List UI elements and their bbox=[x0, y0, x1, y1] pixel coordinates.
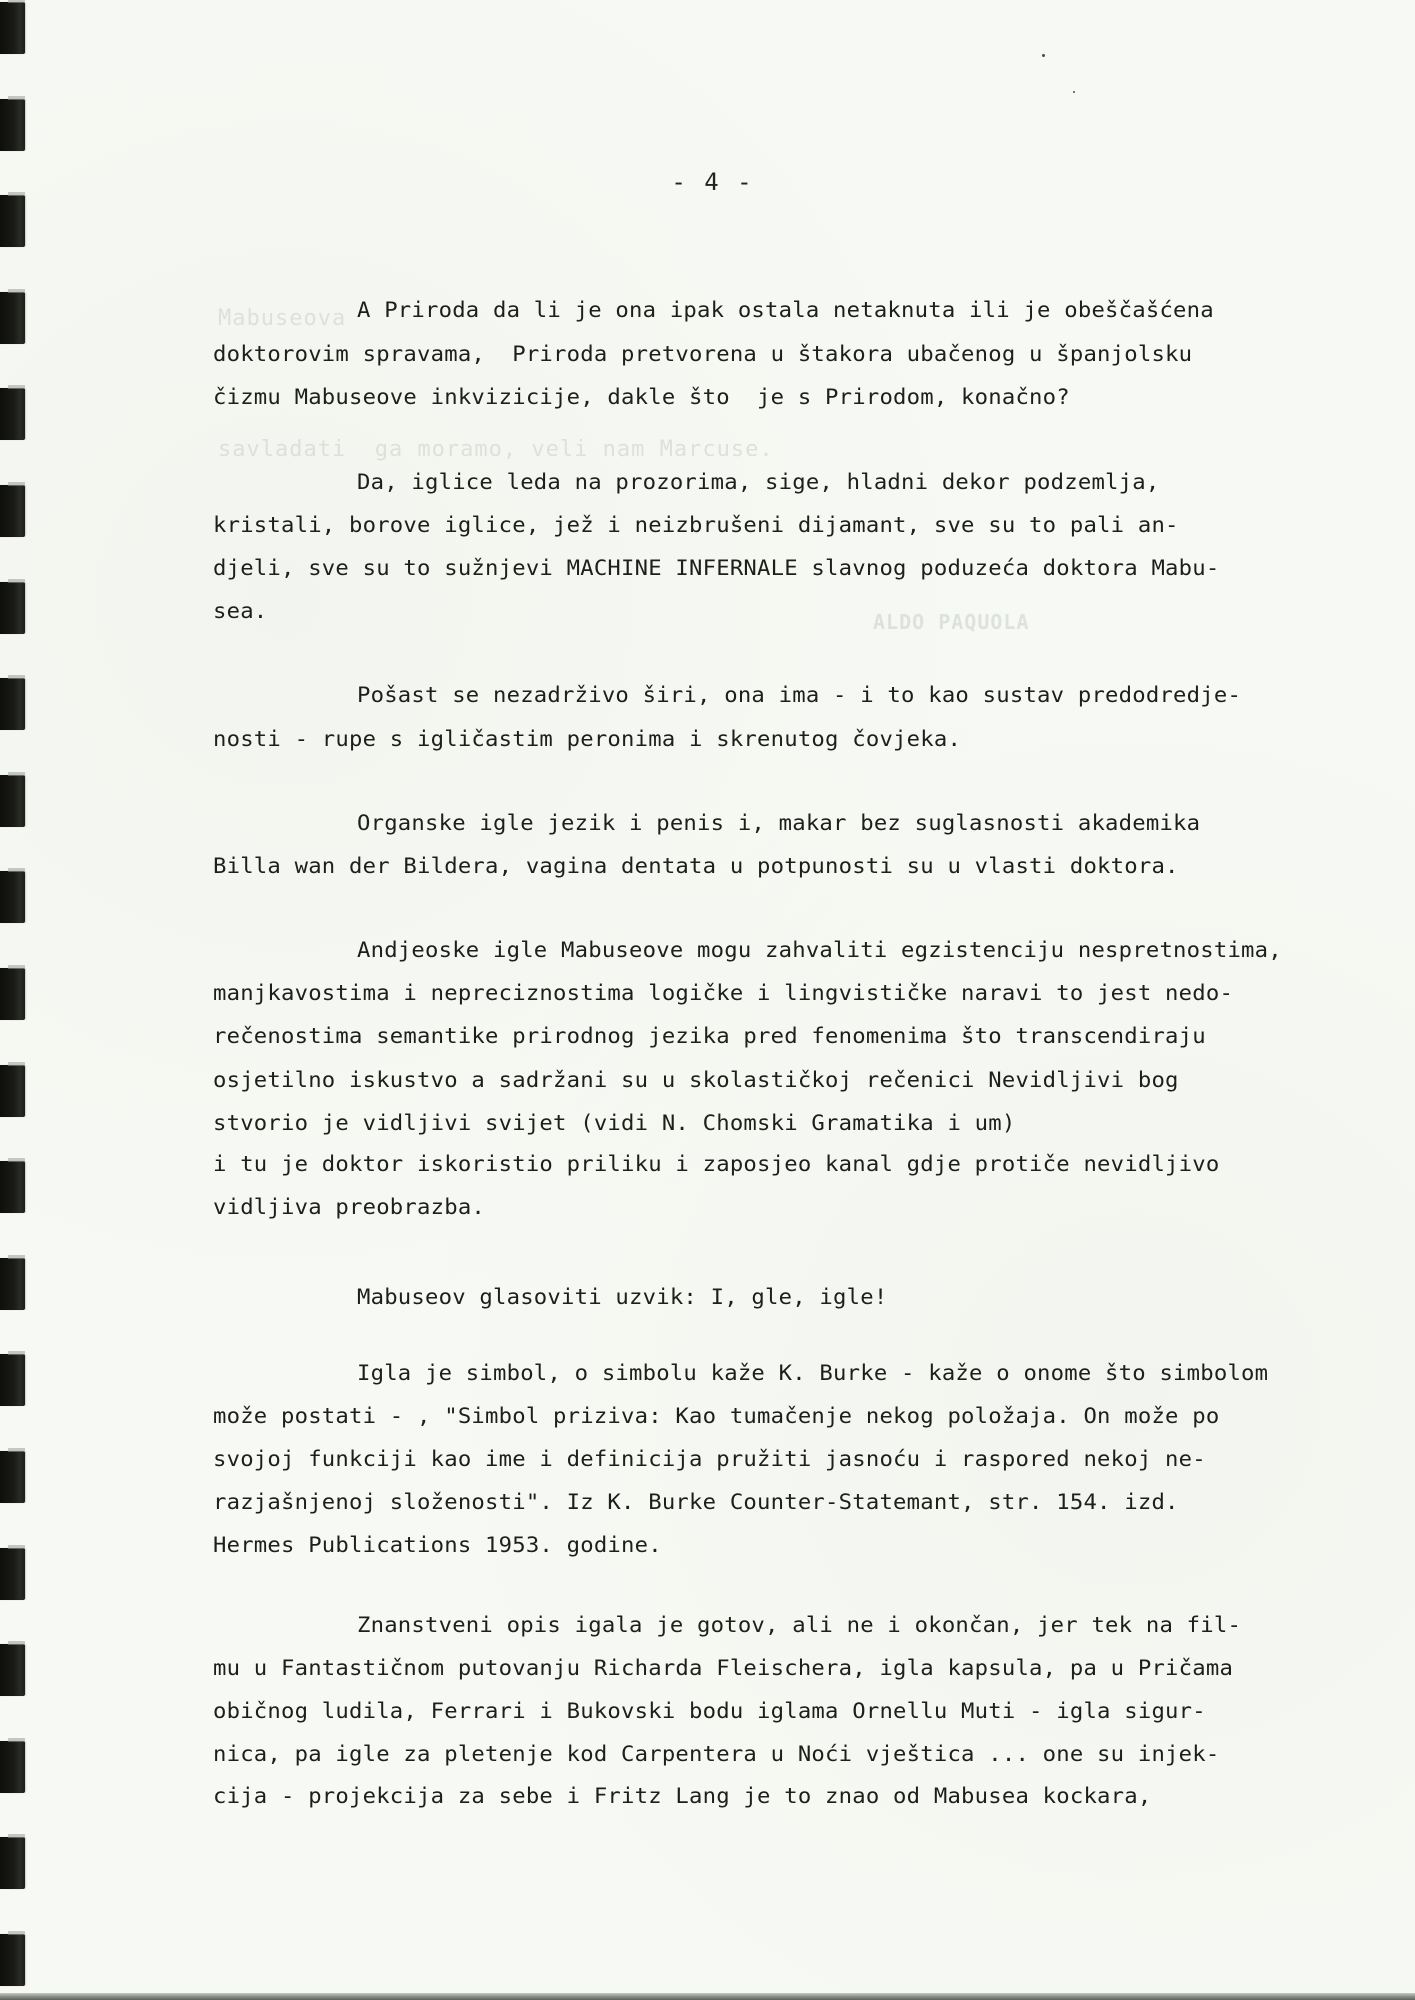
binding-ring bbox=[0, 968, 25, 1020]
text-line: Andjeoske igle Mabuseove mogu zahvaliti … bbox=[357, 940, 1282, 961]
binding-ring bbox=[0, 1934, 25, 1986]
text-line: kristali, borove iglice, jež i neizbruše… bbox=[213, 515, 1179, 536]
binding-ring bbox=[0, 1065, 25, 1117]
text-line: razjašnjenoj složenosti". Iz K. Burke Co… bbox=[213, 1492, 1179, 1513]
text-line: cija - projekcija za sebe i Fritz Lang j… bbox=[213, 1786, 1151, 1807]
text-line: djeli, sve su to sužnjevi MACHINE INFERN… bbox=[213, 558, 1219, 579]
bleed-through-text: ALDO PAQUOLA bbox=[873, 610, 1030, 634]
text-line: A Priroda da li je ona ipak ostala netak… bbox=[357, 300, 1214, 321]
text-line: manjkavostima i nepreciznostima logičke … bbox=[213, 983, 1233, 1004]
text-line: Billa wan der Bildera, vagina dentata u … bbox=[213, 856, 1179, 877]
text-line: nica, pa igle za pletenje kod Carpentera… bbox=[213, 1744, 1219, 1765]
text-line: može postati - , "Simbol priziva: Kao tu… bbox=[213, 1406, 1219, 1427]
dust-speck bbox=[1042, 54, 1045, 57]
text-line: nosti - rupe s igličastim peronima i skr… bbox=[213, 729, 961, 750]
text-line: Igla je simbol, o simbolu kaže K. Burke … bbox=[357, 1363, 1268, 1384]
binding-ring bbox=[0, 1741, 25, 1793]
text-line: čizmu Mabuseove inkvizicije, dakle što j… bbox=[213, 387, 1070, 408]
binding-ring bbox=[0, 1161, 25, 1213]
binding-ring bbox=[0, 775, 25, 827]
text-line: Mabuseov glasoviti uzvik: I, gle, igle! bbox=[357, 1287, 887, 1308]
text-line: osjetilno iskustvo a sadržani su u skola… bbox=[213, 1070, 1179, 1091]
dust-speck bbox=[1073, 91, 1075, 93]
text-line: mu u Fantastičnom putovanju Richarda Fle… bbox=[213, 1658, 1233, 1679]
text-line: Da, iglice leda na prozorima, sige, hlad… bbox=[357, 472, 1159, 493]
document-page: - 4 - Mabuseova savladati ga moramo, vel… bbox=[0, 0, 1415, 2000]
binding-ring bbox=[0, 292, 25, 344]
binding-ring bbox=[0, 1837, 25, 1889]
text-line: rečenostima semantike prirodnog jezika p… bbox=[213, 1026, 1206, 1047]
binding-ring bbox=[0, 1258, 25, 1310]
binding-ring bbox=[0, 582, 25, 634]
text-line: običnog ludila, Ferrari i Bukovski bodu … bbox=[213, 1701, 1206, 1722]
text-line: i tu je doktor iskoristio priliku i zapo… bbox=[213, 1154, 1219, 1175]
bleed-through-text: savladati ga moramo, veli nam Marcuse. bbox=[218, 437, 774, 462]
text-line: stvorio je vidljivi svijet (vidi N. Chom… bbox=[213, 1113, 1015, 1134]
text-line: Pošast se nezadrživo širi, ona ima - i t… bbox=[357, 685, 1241, 706]
bleed-through-text: Mabuseova bbox=[218, 306, 346, 331]
page-number: - 4 - bbox=[0, 168, 1415, 196]
binding-ring bbox=[0, 195, 25, 247]
text-line: svojoj funkciji kao ime i definicija pru… bbox=[213, 1449, 1206, 1470]
text-line: sea. bbox=[213, 601, 267, 622]
binding-ring bbox=[0, 99, 25, 151]
binding-ring bbox=[0, 1644, 25, 1696]
binding-ring bbox=[0, 1354, 25, 1406]
binding-ring bbox=[0, 388, 25, 440]
binding-ring bbox=[0, 1548, 25, 1600]
text-line: vidljiva preobrazba. bbox=[213, 1197, 485, 1218]
page-bottom-edge bbox=[0, 1993, 1415, 2000]
binding-ring bbox=[0, 2, 25, 54]
binding-ring bbox=[0, 871, 25, 923]
text-line: Organske igle jezik i penis i, makar bez… bbox=[357, 813, 1200, 834]
spiral-binding bbox=[0, 0, 30, 2000]
text-line: Hermes Publications 1953. godine. bbox=[213, 1535, 662, 1556]
binding-ring bbox=[0, 485, 25, 537]
text-line: Znanstveni opis igala je gotov, ali ne i… bbox=[357, 1615, 1241, 1636]
text-line: doktorovim spravama, Priroda pretvorena … bbox=[213, 344, 1192, 365]
binding-ring bbox=[0, 1451, 25, 1503]
binding-ring bbox=[0, 678, 25, 730]
